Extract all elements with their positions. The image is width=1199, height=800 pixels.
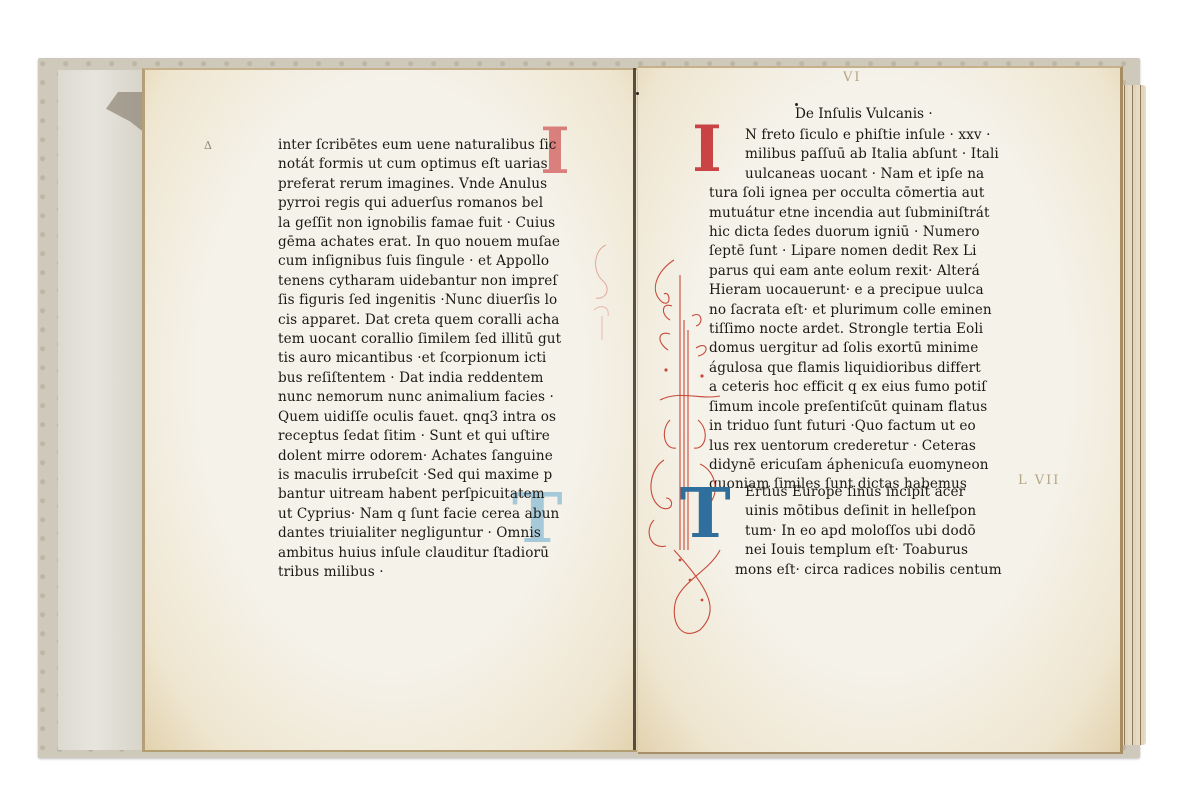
text-line: águlosa que flamis liquidioribus differt	[709, 359, 999, 378]
red-initial-letter: I	[692, 118, 722, 182]
text-line: ut Cyprius· Nam q ſunt facie cerea abun	[278, 505, 561, 524]
text-line: tenens cytharam uidebantur non impreſ	[278, 272, 561, 291]
text-line: tiſſimo nocte ardet. Strongle tertia Eol…	[709, 320, 999, 339]
text-line: la geſſit non ignobilis famae fuit · Cui…	[278, 214, 561, 233]
text-line: cis apparet. Dat creta quem coralli acha	[278, 311, 561, 330]
right-page-text-block-1: N freto ſiculo e phiſtie inſule · xxv · …	[745, 126, 999, 495]
text-line: no ſacrata eſt· et plurimum colle eminen	[709, 301, 999, 320]
text-line: mons eſt· circa radices nobilis centum	[735, 561, 1002, 580]
text-line: nei Iouis templum eſt· Toaburus	[745, 541, 1002, 560]
text-line: notát formis ut cum optimus eſt uarias	[278, 155, 561, 174]
ink-speck	[795, 103, 798, 106]
blue-initial-letter: T	[680, 480, 731, 548]
text-line: gēma achates erat. In quo nouem muſae	[278, 233, 561, 252]
text-line: is maculis irrubeſcit ·Sed qui maxime p	[278, 466, 561, 485]
pencil-folio-number: VI	[843, 70, 862, 85]
pencil-margin-note: L VII	[1018, 473, 1060, 488]
text-line: tribus milibus ·	[278, 563, 561, 582]
text-line: N freto ſiculo e phiſtie inſule · xxv ·	[745, 126, 999, 145]
text-line: cum inſignibus ſuis ſingule · et Appollo	[278, 252, 561, 271]
right-page-text-block-2: Ertius Europe ſinus incipit acer uinis m…	[735, 483, 1002, 580]
text-line: ambitus huius inſule clauditur ſtadiorū	[278, 544, 561, 563]
text-line: parus qui eam ante eolum rexit· Alterá	[709, 262, 999, 281]
text-line: domus uergitur ad ſolis exortū minime	[709, 339, 999, 358]
ink-speck	[636, 92, 639, 95]
text-line: inter ſcribētes eum uene naturalibus ſic	[278, 136, 561, 155]
book-gutter	[633, 68, 636, 750]
text-line: receptus ſedat ſitim · Sunt et qui uſtir…	[278, 427, 561, 446]
text-line: mutuátur etne incendia aut ſubminiſtrát	[709, 204, 999, 223]
text-line: Quem uidiſſe oculis fauet. qnq3 intra os	[278, 408, 561, 427]
text-line: dantes triuialiter negliguntur · Omnis	[278, 524, 561, 543]
text-line: uinis mōtibus deſinit in helleſpon	[745, 502, 1002, 521]
text-line: Hieram uocauerunt· e a precipue uulca	[709, 281, 999, 300]
text-line: ſimum incole preſentiſcūt quinam flatus	[709, 398, 999, 417]
text-line: tem uocant corallio ſimilem ſed illitū g…	[278, 330, 561, 349]
text-line: ſeptē ſunt · Lipare nomen dedit Rex Li	[709, 242, 999, 261]
text-line: Ertius Europe ſinus incipit acer	[745, 483, 1002, 502]
text-line: a ceteris hoc efficit q ex eius fumo pot…	[709, 378, 999, 397]
text-line: didynē ericuſam áphenicuſa euomyneon	[709, 456, 999, 475]
text-line: milibus paſſuū ab Italia abſunt · Itali	[745, 145, 999, 164]
text-line: bus reſiſtentem · Dat india reddentem	[278, 369, 561, 388]
text-line: dolent mirre odorem· Achates ſanguine	[278, 447, 561, 466]
torn-paper-corner	[106, 92, 146, 134]
margin-triangle-mark: Δ	[204, 139, 212, 152]
left-page-text-block: inter ſcribētes eum uene naturalibus ſic…	[278, 136, 561, 582]
text-line: hic dicta ſedes duorum igniū · Numero	[709, 223, 999, 242]
text-line: ſis figuris ſed ingenitis ·Nunc diuerſis…	[278, 291, 561, 310]
text-line: tis auro micantibus ·et ſcorpionum icti	[278, 349, 561, 368]
front-flyleaf	[58, 70, 150, 750]
text-line: uulcaneas uocant · Nam et ipſe na	[745, 165, 999, 184]
text-line: tum· In eo apd moloſſos ubi dodō	[745, 522, 1002, 541]
red-pen-flourish-decoration	[640, 250, 735, 640]
page-fore-edge	[1120, 85, 1146, 745]
pencil-sketch-flourish	[584, 240, 624, 350]
text-line: lus rex uentorum crederetur · Ceteras	[709, 437, 999, 456]
text-line: preferat rerum imagines. Vnde Anulus	[278, 175, 561, 194]
text-line: bantur uitream habent perſpicuitatem	[278, 485, 561, 504]
text-line: pyrroi regis qui aduerſus romanos bel	[278, 194, 561, 213]
chapter-heading: De Inſulis Vulcanis ·	[795, 106, 933, 122]
text-line: in triduo ſunt futuri ·Quo factum ut eo	[709, 417, 999, 436]
text-line: nunc nemorum nunc animalium facies ·	[278, 388, 561, 407]
text-line: tura ſoli ignea per occulta cōmertia aut	[709, 184, 999, 203]
